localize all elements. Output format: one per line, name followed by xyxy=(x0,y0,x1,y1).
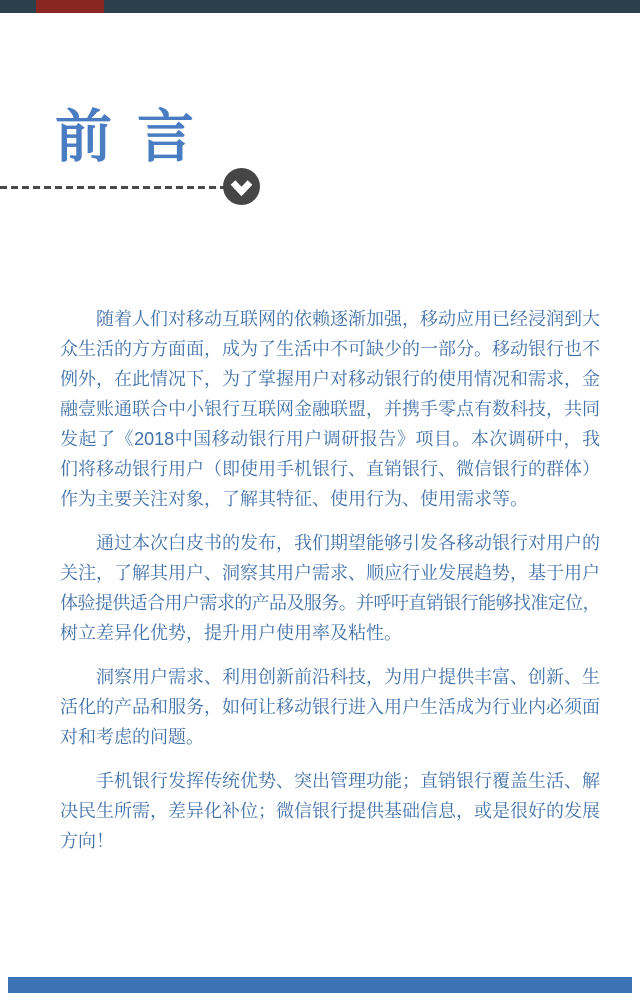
dashed-divider xyxy=(0,186,226,189)
text-line: 方向！ xyxy=(60,826,600,856)
body-paragraphs: 随着人们对移动互联网的依赖逐渐加强，移动应用已经浸润到大众生活的方方面面，成为了… xyxy=(60,304,600,870)
text-line: 例外，在此情况下，为了掌握用户对移动银行的使用情况和需求，金 xyxy=(60,364,600,394)
top-decoration-bar xyxy=(0,0,640,13)
text-line: 手机银行发挥传统优势、突出管理功能；直销银行覆盖生活、解 xyxy=(60,766,600,796)
top-bar-red-accent xyxy=(36,0,104,13)
page-title: 前言 xyxy=(55,108,219,168)
paragraph: 通过本次白皮书的发布，我们期望能够引发各移动银行对用户的关注，了解其用户、洞察其… xyxy=(60,528,600,648)
text-line: 对和考虑的问题。 xyxy=(60,722,600,752)
text-line: 随着人们对移动互联网的依赖逐渐加强，移动应用已经浸润到大 xyxy=(60,304,600,334)
paragraph: 洞察用户需求、利用创新前沿科技，为用户提供丰富、创新、生活化的产品和服务，如何让… xyxy=(60,662,600,752)
text-line: 融壹账通联合中小银行互联网金融联盟，并携手零点有数科技，共同 xyxy=(60,394,600,424)
report-page: 前言 随着人们对移动互联网的依赖逐渐加强，移动应用已经浸润到大众生活的方方面面，… xyxy=(0,0,640,994)
footer-decoration-bar xyxy=(8,977,632,993)
paragraph: 手机银行发挥传统优势、突出管理功能；直销银行覆盖生活、解决民生所需，差异化补位；… xyxy=(60,766,600,856)
text-line: 树立差异化优势，提升用户使用率及粘性。 xyxy=(60,618,600,648)
text-line: 洞察用户需求、利用创新前沿科技，为用户提供丰富、创新、生 xyxy=(60,662,600,692)
text-line: 发起了《2018中国移动银行用户调研报告》项目。本次调研中，我 xyxy=(60,424,600,454)
text-line: 们将移动银行用户（即使用手机银行、直销银行、微信银行的群体） xyxy=(60,454,600,484)
chevron-down-glyph xyxy=(230,180,253,197)
text-line: 作为主要关注对象，了解其特征、使用行为、使用需求等。 xyxy=(60,484,600,514)
text-line: 关注，了解其用户、洞察其用户需求、顺应行业发展趋势，基于用户 xyxy=(60,558,600,588)
paragraph: 随着人们对移动互联网的依赖逐渐加强，移动应用已经浸润到大众生活的方方面面，成为了… xyxy=(60,304,600,514)
text-line: 众生活的方方面面，成为了生活中不可缺少的一部分。移动银行也不 xyxy=(60,334,600,364)
text-line: 通过本次白皮书的发布，我们期望能够引发各移动银行对用户的 xyxy=(60,528,600,558)
text-line: 决民生所需，差异化补位；微信银行提供基础信息，或是很好的发展 xyxy=(60,796,600,826)
text-line: 活化的产品和服务，如何让移动银行进入用户生活成为行业内必须面 xyxy=(60,692,600,722)
chevron-down-icon xyxy=(223,168,260,205)
text-line: 体验提供适合用户需求的产品及服务。并呼吁直销银行能够找准定位， xyxy=(60,588,600,618)
